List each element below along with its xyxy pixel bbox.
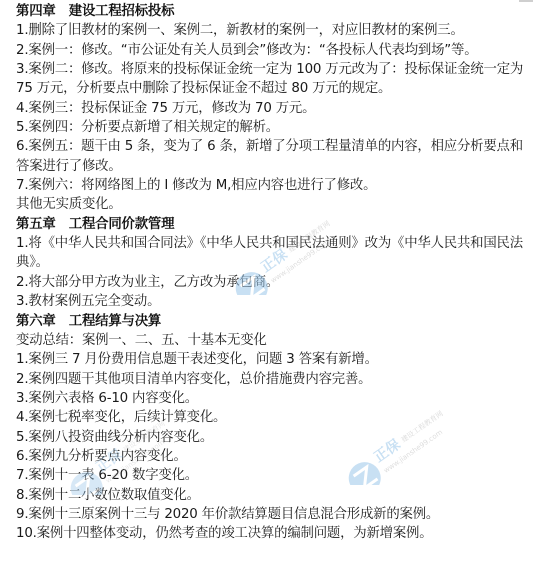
summary-line: 变动总结：案例一、二、五、十基本无变化 xyxy=(16,331,526,350)
list-item: 1.删除了旧教材的案例一、案例二，新教材的案例一，对应旧教材的案例三。 xyxy=(16,21,526,40)
list-item: 5.案例四：分析要点新增了相关规定的解析。 xyxy=(16,118,526,137)
list-item: 3.案例二：修改。将原来的投标保证金统一定为 100 万元改为了：投标保证金统一… xyxy=(16,60,526,99)
list-item: 1.案例三 7 月份费用信息题干表述变化，问题 3 答案有新增。 xyxy=(16,350,526,369)
list-item: 5.案例八投资曲线分析内容变化。 xyxy=(16,428,526,447)
list-item: 7.案例六：将网络图上的 I 修改为 M,相应内容也进行了修改。 xyxy=(16,176,526,195)
section-chapter-6: 第六章 工程结算与决算 变动总结：案例一、二、五、十基本无变化 1.案例三 7 … xyxy=(16,312,526,544)
list-item: 4.案例七税率变化，后续计算变化。 xyxy=(16,408,526,427)
list-item: 4.案例三：投标保证金 75 万元，修改为 70 万元。 xyxy=(16,99,526,118)
list-item: 9.案例十三原案例十三与 2020 年价款结算题目信息混合形成新的案例。 xyxy=(16,505,526,524)
section-heading: 第四章 建设工程招标投标 xyxy=(16,2,526,21)
list-item: 6.案例五：题干由 5 条，变为了 6 条，新增了分项工程量清单的内容，相应分析… xyxy=(16,137,526,176)
document-body: 第四章 建设工程招标投标 1.删除了旧教材的案例一、案例二，新教材的案例一，对应… xyxy=(16,2,526,544)
list-item: 2.案例四题干其他项目清单内容变化，总价措施费内容完善。 xyxy=(16,370,526,389)
list-item: 7.案例十一表 6-20 数字变化。 xyxy=(16,466,526,485)
section-chapter-4: 第四章 建设工程招标投标 1.删除了旧教材的案例一、案例二，新教材的案例一，对应… xyxy=(16,2,526,215)
list-item: 其他无实质变化。 xyxy=(16,195,526,214)
list-item: 8.案例十二小数位数取值变化。 xyxy=(16,486,526,505)
section-heading: 第六章 工程结算与决算 xyxy=(16,312,526,331)
list-item: 10.案例十四整体变动，仍然考查的竣工决算的编制问题，为新增案例。 xyxy=(16,524,526,543)
list-item: 2.将大部分甲方改为业主，乙方改为承包商。 xyxy=(16,273,526,292)
section-heading: 第五章 工程合同价款管理 xyxy=(16,215,526,234)
list-item: 6.案例九分析要点内容变化。 xyxy=(16,447,526,466)
section-chapter-5: 第五章 工程合同价款管理 1.将《中华人民共和国合同法》《中华人民共和国民法通则… xyxy=(16,215,526,312)
list-item: 2.案例一：修改。“市公证处有关人员到会”修改为：“各投标人代表均到场”等。 xyxy=(16,41,526,60)
list-item: 3.案例六表格 6-10 内容变化。 xyxy=(16,389,526,408)
list-item: 1.将《中华人民共和国合同法》《中华人民共和国民法通则》改为《中华人民共和国民法… xyxy=(16,234,526,273)
list-item: 3.教材案例五完全变动。 xyxy=(16,292,526,311)
